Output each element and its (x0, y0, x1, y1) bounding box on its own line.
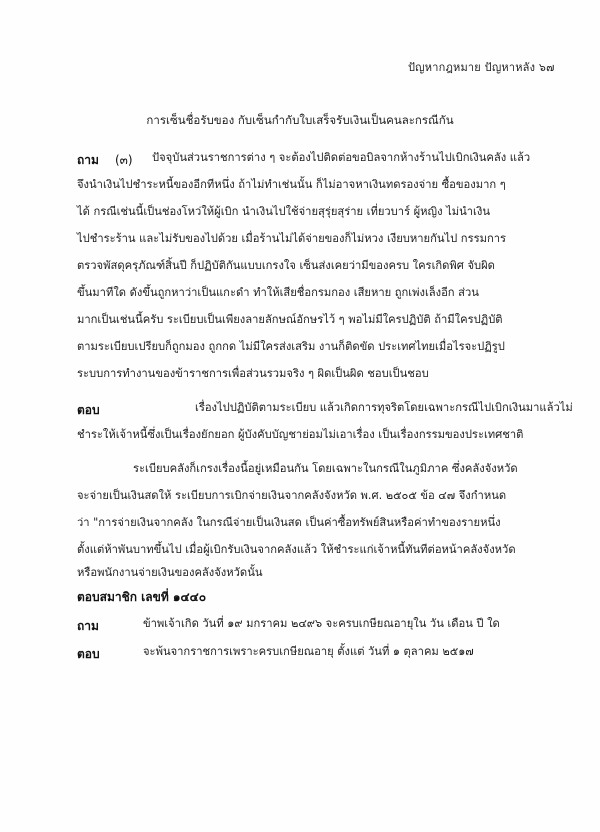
answer-line-6: ตั้งแต่ห้าพันบาทขึ้นไป เมื่อผู้เบิกรับเง… (77, 543, 516, 557)
question-line-7: มากเป็นเช่นนี้ครับ ระเบียบเป็นเพียงลายลั… (77, 313, 503, 327)
answer-line-3: ระเบียบคลังก็เกรงเรื่องนี้อยู่เหมือนกัน … (133, 462, 518, 476)
answer-line-7: หรือพนักงานจ่ายเงินของคลังจังหวัดนั้น (77, 566, 262, 580)
question-line-9: ระบบการทำงานของข้าราชการเพื่อส่วนรวมจริง… (77, 367, 429, 381)
answer2-label: ตอบ (77, 645, 100, 664)
question2-text: ข้าพเจ้าเกิด วันที่ ๑๙ มกราคม ๒๔๙๖ จะครบ… (143, 617, 500, 631)
question-line-4: ไปชำระร้าน และไม่รับของไปด้วย เมื่อร้านไ… (77, 232, 506, 246)
answer-label: ตอบ (77, 401, 100, 420)
running-header: ปัญหากฎหมาย ปัญหาหลัง ๖๗ (408, 58, 555, 76)
question-number: (๓) (115, 151, 133, 170)
document-page: ปัญหากฎหมาย ปัญหาหลัง ๖๗ การเซ็นชื่อรับข… (0, 0, 600, 832)
question-line-1: ปัจจุบันส่วนราชการต่าง ๆ จะต้องไปติดต่อข… (152, 151, 530, 165)
article-title: การเซ็นชื่อรับของ กับเซ็นกำกับใบเสร็จรับ… (0, 112, 600, 130)
answer-line-4: จะจ่ายเป็นเงินสดให้ ระเบียบการเบิกจ่ายเง… (77, 489, 506, 503)
question2-label: ถาม (77, 617, 99, 636)
question-line-8: ตามระเบียบเปรียบก็ถูกมอง ถูกกด ไม่มีใครส… (77, 340, 505, 354)
question-line-3: ได้ กรณีเช่นนี้เป็นช่องโหว่ให้ผู้เบิก นำ… (77, 205, 490, 219)
question-line-5: ตรวจพัสดุครุภัณฑ์สิ้นปี ก็ปฏิบัติกันแบบเ… (77, 259, 495, 273)
question-line-2: จึงนำเงินไปชำระหนี้ของอีกทีหนึ่ง ถ้าไม่ท… (77, 178, 506, 192)
answer2-text: จะพ้นจากราชการเพราะครบเกษียณอายุ ตั้งแต่… (143, 645, 474, 659)
answer-line-2: ชำระให้เจ้าหนี้ซึ่งเป็นเรื่องยักยอก ผู้บ… (77, 428, 523, 442)
member-answer-heading: ตอบสมาชิก เลขที่ ๑๔๔๐ (77, 588, 206, 607)
answer-line-5: ว่า "การจ่ายเงินจากคลัง ในกรณีจ่ายเป็นเง… (77, 516, 501, 530)
answer-line-1: เรื่องไปปฏิบัติตามระเบียบ แล้วเกิดการทุจ… (195, 401, 573, 415)
question-line-6: ขึ้นมาทีใด ดังขึ้นถูกหาว่าเป็นแกะดำ ทำให… (77, 286, 479, 300)
question-label: ถาม (77, 151, 99, 170)
